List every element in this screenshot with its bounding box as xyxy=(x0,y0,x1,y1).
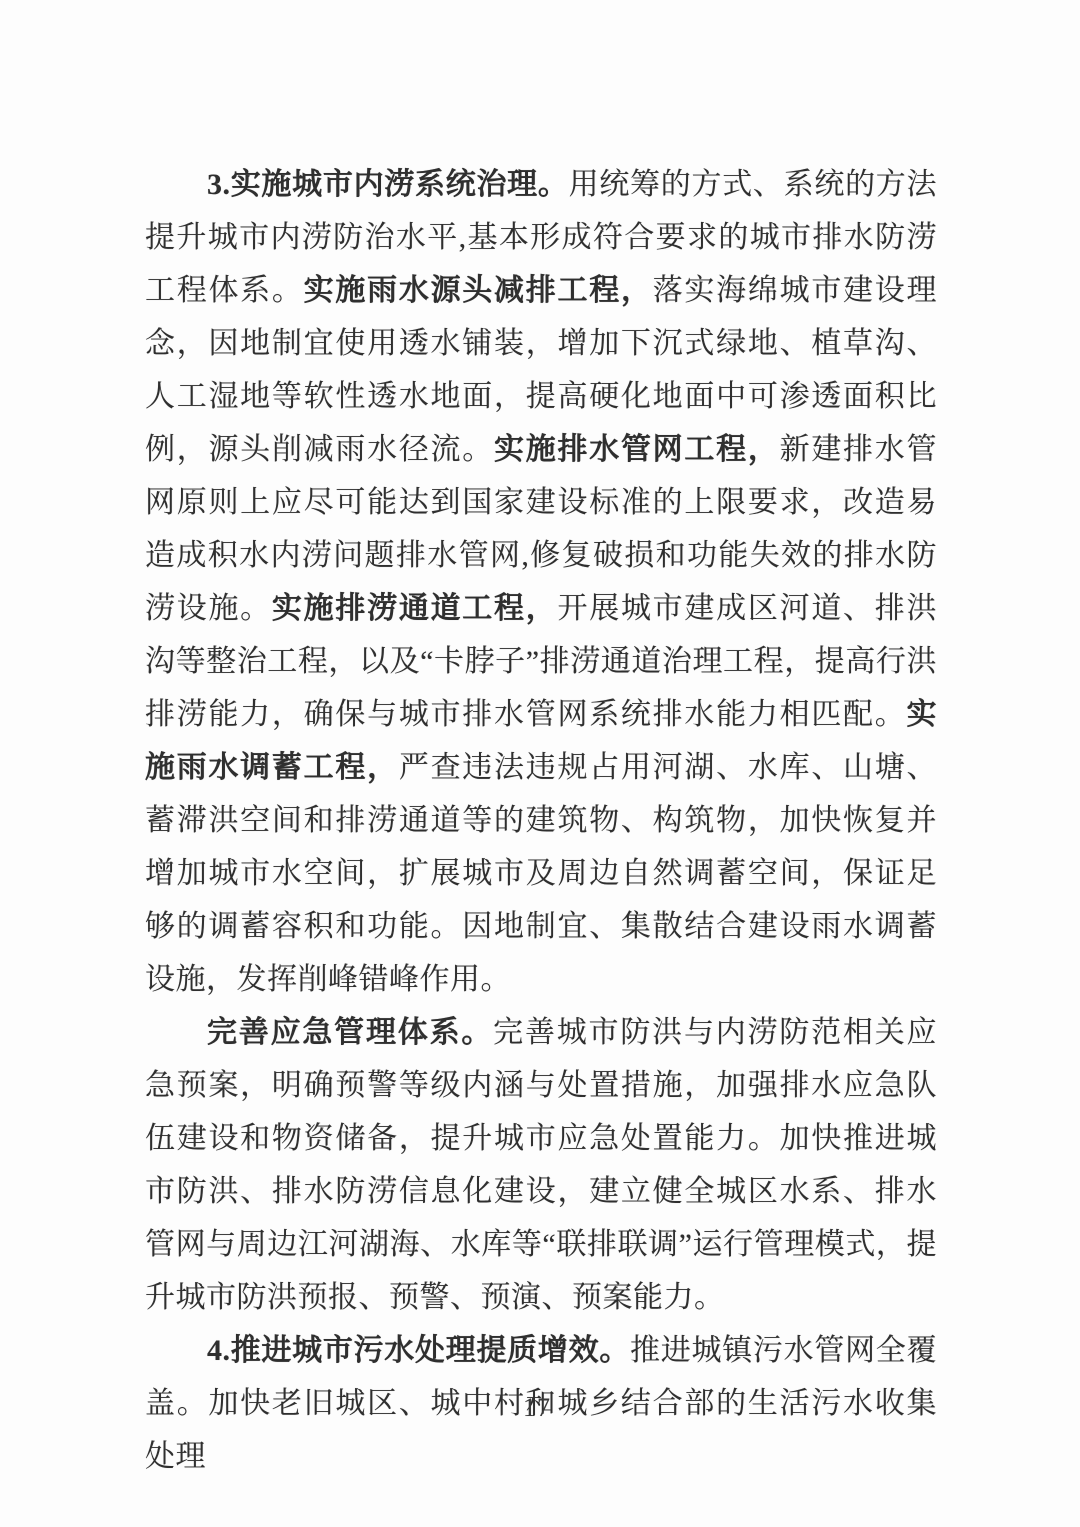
bold-lead: 实施排水管网工程， xyxy=(494,433,780,466)
document-page: 3.实施城市内涝系统治理。用统筹的方式、系统的方法提升城市内涝防治水平,基本形成… xyxy=(0,0,1080,1527)
page-number: 17 xyxy=(0,1393,1074,1423)
bold-lead: 4.推进城市污水处理提质增效。 xyxy=(207,1334,630,1367)
paragraph: 完善应急管理体系。完善城市防洪与内涝防范相关应急预案，明确预警等级内涵与处置措施… xyxy=(145,1006,937,1324)
bold-lead: 实施排涝通道工程， xyxy=(272,592,558,625)
bold-lead: 实施雨水源头减排工程， xyxy=(304,274,653,307)
paragraph: 3.实施城市内涝系统治理。用统筹的方式、系统的方法提升城市内涝防治水平,基本形成… xyxy=(145,158,937,1006)
text-segment: 严查违法违规占用河湖、水库、山塘、蓄滞洪空间和排涝通道等的建筑物、构筑物，加快恢… xyxy=(145,751,937,996)
document-body: 3.实施城市内涝系统治理。用统筹的方式、系统的方法提升城市内涝防治水平,基本形成… xyxy=(145,158,937,1483)
bold-lead: 3.实施城市内涝系统治理。 xyxy=(207,168,569,201)
bold-lead: 完善应急管理体系。 xyxy=(207,1016,493,1049)
text-segment: 完善城市防洪与内涝防范相关应急预案，明确预警等级内涵与处置措施，加强排水应急队伍… xyxy=(145,1016,937,1314)
